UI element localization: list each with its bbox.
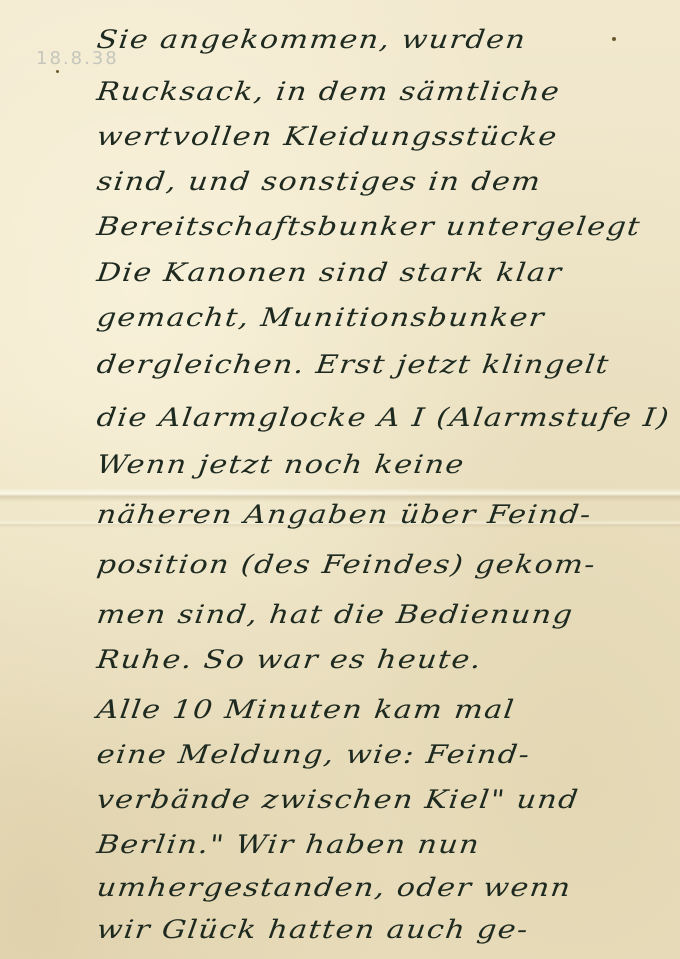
letter-line: position (des Feindes) gekom- <box>95 550 644 580</box>
letter-line: Rucksack, in dem sämtliche <box>95 77 644 107</box>
letter-line: Alle 10 Minuten kam mal <box>95 695 644 725</box>
letter-line: men sind, hat die Bedienung <box>95 600 644 630</box>
letter-line: umhergestanden, oder wenn <box>95 873 644 903</box>
letter-line: wertvollen Kleidungsstücke <box>95 122 644 152</box>
letter-line: wir Glück hatten auch ge- <box>95 915 644 945</box>
letter-line: Die Kanonen sind stark klar <box>95 258 644 288</box>
letter-line: gemacht, Munitionsbunker <box>95 303 644 333</box>
letter-line: Berlin." Wir haben nun <box>95 830 644 860</box>
letter-line: verbände zwischen Kiel" und <box>95 785 644 815</box>
letter-line: Wenn jetzt noch keine <box>95 450 644 480</box>
letter-line: Ruhe. So war es heute. <box>95 645 644 675</box>
letter-line: näheren Angaben über Feind- <box>95 500 644 530</box>
letter-line: die Alarmglocke A I (Alarmstufe I) <box>95 403 644 433</box>
letter-line: Bereitschaftsbunker untergelegt <box>95 212 644 242</box>
letter-body: Sie angekommen, wurden Rucksack, in dem … <box>0 0 680 959</box>
letter-line: eine Meldung, wie: Feind- <box>95 740 644 770</box>
letter-line: dergleichen. Erst jetzt klingelt <box>95 350 644 380</box>
letter-line: Sie angekommen, wurden <box>95 25 644 55</box>
letter-line: sind, und sonstiges in dem <box>95 167 644 197</box>
